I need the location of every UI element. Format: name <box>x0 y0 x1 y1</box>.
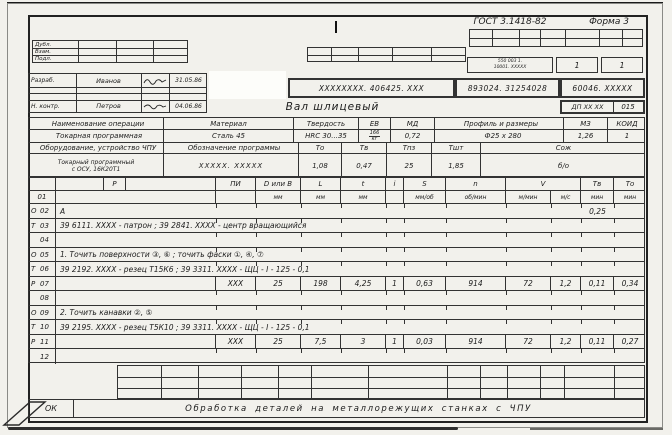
row-margin: Т03 <box>29 219 56 232</box>
row-symbol: О <box>31 207 40 215</box>
ev-fraction: 166 кг <box>369 131 381 142</box>
sheet-bottom-shadow <box>8 427 458 430</box>
row-number: 01 <box>29 191 56 203</box>
equipment-value: Токарный программный с ОСУ, 16К20Т1 <box>29 154 164 178</box>
empty-cell <box>126 178 216 190</box>
profile-value: Ф25 х 280 <box>435 130 564 142</box>
operation-header-band: Наименование операции Материал Твердость… <box>28 117 645 177</box>
row-number: 08 <box>40 294 49 302</box>
row-text: 1. Точить поверхности ③, ⑥ ; точить фаск… <box>56 248 646 261</box>
table-row-04: 04 <box>29 233 644 248</box>
form-number-label: Форма 3 <box>573 16 645 28</box>
table-row-10: Т10 39 2195. ХХХХ - резец Т5К10 ; 39 331… <box>29 320 644 335</box>
grid-line <box>153 41 154 62</box>
table-row-03: Т03 39 6111. ХХХХ - патрон ; 39 2841. ХХ… <box>29 219 644 233</box>
grid-line <box>29 87 206 88</box>
approval-block: Разраб. Иванов 31.05.86 Н. контр. Петров… <box>28 73 207 113</box>
op-values-row-1: Токарная программная Сталь 45 HRC 30...3… <box>29 130 644 143</box>
grid-line <box>622 30 623 46</box>
col-header-t: t <box>341 178 386 190</box>
operation-name-label: Наименование операции <box>29 118 164 129</box>
erased-area <box>209 71 286 99</box>
grid-line <box>241 366 242 398</box>
grid-line <box>470 38 642 39</box>
empty-cell <box>29 178 56 190</box>
grid-line <box>358 48 359 61</box>
row-text: 39 2195. ХХХХ - резец Т5К10 ; 39 3311. Х… <box>56 320 646 334</box>
mz-label: МЗ <box>564 118 608 129</box>
empty-cell <box>216 191 256 203</box>
dp-code: ДП ХХ ХХ <box>562 102 613 112</box>
value-tv: 0,11 <box>581 277 614 290</box>
value-d: 25 <box>256 277 301 290</box>
row-margin: Р11 <box>29 335 56 348</box>
unit-n: об/мин <box>446 191 506 203</box>
row-number: 04 <box>40 236 49 244</box>
grid-line <box>540 366 541 398</box>
row-symbol: Т <box>31 323 40 331</box>
grid-line <box>161 366 162 398</box>
header-mid-strip <box>307 47 466 62</box>
empty-cell <box>386 191 404 203</box>
row-symbol: Р <box>31 280 40 288</box>
dp-op-box: ДП ХХ ХХ 015 <box>560 100 645 114</box>
row-symbol: Р <box>31 338 40 346</box>
tv-label: Тв <box>342 143 387 153</box>
grid-line <box>392 48 393 61</box>
row-number: 11 <box>40 338 49 346</box>
row-number: 06 <box>40 265 49 273</box>
value-l: 7,5 <box>301 335 341 348</box>
col-header-v: V <box>506 178 581 190</box>
doc-code-small-cell: 550 003 1. 10001. ХХХХХ <box>467 57 553 73</box>
ev-label: ЕВ <box>359 118 391 129</box>
row-margin: 04 <box>29 233 56 247</box>
row-margin: Р07 <box>29 277 56 290</box>
col-header-to: То <box>614 178 646 190</box>
value-v2: 1,2 <box>551 335 581 348</box>
value-to: 0,34 <box>614 277 646 290</box>
nkontr-date: 04.06.86 <box>170 100 207 112</box>
col-header-d: D или В <box>256 178 301 190</box>
gost-standard-label: ГОСТ 3.1418-82 <box>450 16 570 28</box>
value-t: 4,25 <box>341 277 386 290</box>
table-row-06: Т06 39 2192. ХХХХ - резец Т15К6 ; 39 331… <box>29 262 644 277</box>
col-header-tv: Тв <box>581 178 614 190</box>
empty-cell <box>56 277 216 290</box>
grid-line <box>278 366 279 398</box>
grid-line <box>311 366 312 398</box>
hardness-value: HRC 30...35 <box>294 130 359 142</box>
unit-tv: мин <box>581 191 614 203</box>
razrab-name: Иванов <box>77 74 140 87</box>
row-margin: Т10 <box>29 320 56 334</box>
col-header-l: L <box>301 178 341 190</box>
material-value: Сталь 45 <box>164 130 294 142</box>
table-header-row: Р ПИ D или В L t i S n V Тв То <box>29 178 644 191</box>
col-header-pi: ПИ <box>216 178 256 190</box>
grid-line <box>492 30 493 46</box>
value-n: 914 <box>446 277 506 290</box>
tv-value: 0,47 <box>342 154 387 178</box>
op-labels-row-2: Оборудование, устройство ЧПУ Обозначение… <box>29 143 644 154</box>
unit-v1: м/мин <box>506 191 551 203</box>
equipment-line1: Токарный программный <box>58 159 135 166</box>
unit-to: мин <box>614 191 646 203</box>
sheet-bottom-shadow-right <box>530 428 663 430</box>
row-margin: 08 <box>29 291 56 305</box>
doc-code-small-line2: 10001. ХХХХХ <box>468 65 552 71</box>
sozh-value: б/о <box>481 154 646 178</box>
mz-value: 1,26 <box>564 130 608 142</box>
sozh-label: Сож <box>481 143 646 153</box>
doc-code-1-cell: ХХХХХХХХ. 406425. ХХХ <box>288 78 455 98</box>
value-t: 3 <box>341 335 386 348</box>
operations-table: Р ПИ D или В L t i S n V Тв То 01 мм мм … <box>28 177 645 363</box>
row-text <box>56 233 646 247</box>
razrab-label: Разраб. <box>31 74 75 87</box>
row-number: 10 <box>40 323 49 331</box>
grid-line <box>116 41 117 62</box>
value-v2: 1,2 <box>551 277 581 290</box>
ev-unit: кг <box>372 137 378 142</box>
doc-code-3-cell: 60046. ХХХХХ <box>560 78 645 98</box>
grid-line <box>519 30 520 46</box>
grid-line <box>198 366 199 398</box>
grid-line <box>118 388 644 389</box>
grid-line <box>599 30 600 46</box>
row-text: 2. Точить канавки ②, ⑤ <box>56 306 646 319</box>
row-symbol: О <box>31 251 40 259</box>
row-text: А <box>56 204 646 218</box>
footer-title: Обработка деталей на металлорежущих стан… <box>73 400 644 417</box>
hardness-label: Твердость <box>294 118 359 129</box>
copies-row-dubl: Дубл. <box>35 41 77 48</box>
doc-code-2-cell: 893024. 31254028 <box>455 78 560 98</box>
row-margin: Т06 <box>29 262 56 276</box>
grid-line <box>540 30 541 46</box>
value-n: 914 <box>446 335 506 348</box>
row-symbol: Т <box>31 265 40 273</box>
md-label: МД <box>391 118 435 129</box>
to-value: 1,08 <box>299 154 342 178</box>
koid-label: КОИД <box>608 118 646 129</box>
grid-line <box>564 366 565 398</box>
table-row-07: Р07 ХХХ 25 198 4,25 1 0,63 914 72 1,2 0,… <box>29 277 644 291</box>
row-number: 05 <box>40 251 49 259</box>
empty-cell <box>56 178 104 190</box>
ev-value: 166 кг <box>359 130 391 142</box>
row-margin: О05 <box>29 248 56 261</box>
grid-line <box>614 366 615 398</box>
row-symbol: Т <box>31 222 40 230</box>
op-values-row-2: Токарный программный с ОСУ, 16К20Т1 ХХХХ… <box>29 154 644 178</box>
value-l: 198 <box>301 277 341 290</box>
copies-block: Дубл. Взам. Подл. <box>32 40 188 63</box>
koid-value: 1 <box>608 130 646 142</box>
program-label: Обозначение программы <box>164 143 299 153</box>
grid-line <box>331 48 332 61</box>
value-pi: ХХХ <box>216 277 256 290</box>
value-tv: 0,11 <box>581 335 614 348</box>
material-label: Материал <box>164 118 294 129</box>
equipment-line2: с ОСУ, 16К20Т1 <box>72 166 121 173</box>
value-i: 1 <box>386 335 404 348</box>
sheet-number-cell: 1 <box>556 57 598 73</box>
row-symbol: О <box>31 309 40 317</box>
value-s: 0,63 <box>404 277 446 290</box>
value-s: 0,03 <box>404 335 446 348</box>
unit-v2: м/с <box>551 191 581 203</box>
nkontr-signature-icon <box>142 100 168 112</box>
table-units-row: 01 мм мм мм мм/об об/мин м/мин м/с мин м… <box>29 191 644 204</box>
nkontr-label: Н. контр. <box>31 100 75 112</box>
table-row-12: 12 <box>29 349 644 364</box>
table-row-02: О02 А 0,25 <box>29 204 644 219</box>
grid-line <box>368 366 369 398</box>
unit-l: мм <box>301 191 341 203</box>
row-text <box>56 349 646 364</box>
part-name: Вал шлицевый <box>210 99 455 114</box>
row-number: 12 <box>40 353 49 361</box>
row-margin: О02 <box>29 204 56 218</box>
operation-name-value: Токарная программная <box>29 130 164 142</box>
row-text: 39 6111. ХХХХ - патрон ; 39 2841. ХХХХ -… <box>56 219 646 232</box>
op-labels-row-1: Наименование операции Материал Твердость… <box>29 118 644 130</box>
empty-cell <box>56 335 216 348</box>
table-row-11: Р11 ХХХ 25 7,5 3 1 0,03 914 72 1,2 0,11 … <box>29 335 644 349</box>
unit-t: мм <box>341 191 386 203</box>
col-header-n: n <box>446 178 506 190</box>
col-header-i: i <box>386 178 404 190</box>
col-header-r: Р <box>104 178 126 190</box>
value-v1: 72 <box>506 335 551 348</box>
tpz-label: Тпз <box>387 143 432 153</box>
row-number: 03 <box>40 222 49 230</box>
tsht-label: Тшт <box>432 143 481 153</box>
to-label: То <box>299 143 342 153</box>
grid-line <box>29 93 206 94</box>
row-margin: О09 <box>29 306 56 319</box>
row-margin: 12 <box>29 349 56 364</box>
profile-label: Профиль и размеры <box>435 118 564 129</box>
tsht-value: 1,85 <box>432 154 481 178</box>
scanned-route-card: { "sheet": { "gost": "ГОСТ 3.1418-82", "… <box>0 0 672 435</box>
nkontr-name: Петров <box>77 100 140 112</box>
grid-line <box>565 30 566 46</box>
value-pi: ХХХ <box>216 335 256 348</box>
program-value: ХХХХХ. ХХХХХ <box>164 154 299 178</box>
tpz-value: 25 <box>387 154 432 178</box>
row-number: 09 <box>40 309 49 317</box>
row-number: 07 <box>40 280 49 288</box>
row-number: 02 <box>40 207 49 215</box>
operation-number: 015 <box>613 102 643 112</box>
copies-row-podl: Подл. <box>35 55 77 62</box>
footer-row: ОК Обработка деталей на металлорежущих с… <box>28 399 645 418</box>
grid-line <box>447 366 448 398</box>
table-row-08: 08 <box>29 291 644 306</box>
value-v1: 72 <box>506 277 551 290</box>
row-text <box>56 291 646 305</box>
value-d: 25 <box>256 335 301 348</box>
top-right-grid <box>469 29 643 47</box>
sheets-total-cell: 1 <box>601 57 643 73</box>
md-value: 0,72 <box>391 130 435 142</box>
razrab-date: 31.05.86 <box>170 74 207 87</box>
row-text: 39 2192. ХХХХ - резец Т15К6 ; 39 3311. Х… <box>56 262 646 276</box>
razrab-signature-icon <box>142 74 168 87</box>
bottom-grid <box>117 365 645 399</box>
table-row-09: О09 2. Точить канавки ②, ⑤ <box>29 306 644 320</box>
registration-mark <box>335 21 337 33</box>
unit-s: мм/об <box>404 191 446 203</box>
corner-mark <box>2 400 48 427</box>
grid-line <box>118 377 644 378</box>
unit-d: мм <box>256 191 301 203</box>
grid-line <box>507 366 508 398</box>
copies-row-vzam: Взам. <box>35 48 77 55</box>
col-header-s: S <box>404 178 446 190</box>
grid-line <box>78 41 79 62</box>
grid-line <box>431 48 432 61</box>
row-tv-value: 0,25 <box>581 204 614 218</box>
grid-line <box>480 366 481 398</box>
value-to: 0,27 <box>614 335 646 348</box>
empty-cell <box>56 191 216 203</box>
table-row-05: О05 1. Точить поверхности ③, ⑥ ; точить … <box>29 248 644 262</box>
value-i: 1 <box>386 277 404 290</box>
equipment-label: Оборудование, устройство ЧПУ <box>29 143 164 153</box>
